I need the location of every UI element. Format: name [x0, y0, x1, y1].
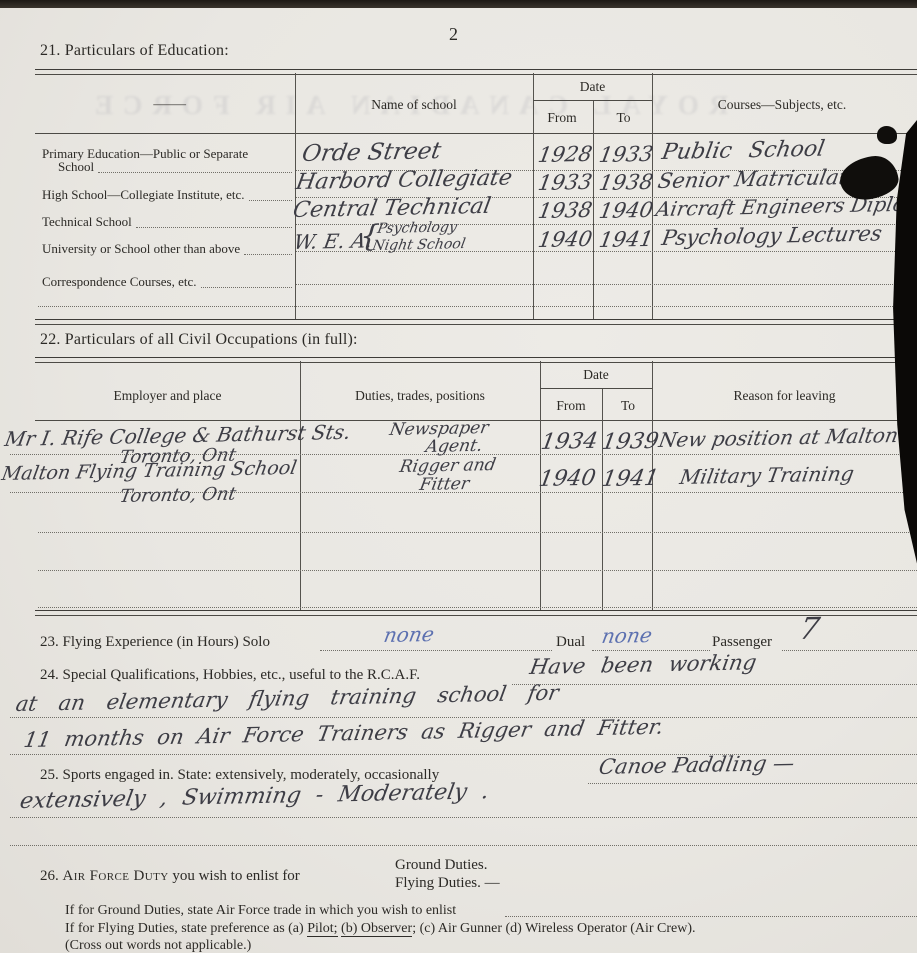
cross-out-note: (Cross out words not applicable.): [65, 937, 251, 953]
education-table-top-rule: [35, 69, 917, 75]
handwritten-school-highschool: Harbord Collegiate: [294, 166, 514, 195]
education-row-label-university: University or School other than above: [42, 241, 292, 257]
dual-label: Dual: [556, 634, 585, 651]
section-24-label: 24. Special Qualifications, Hobbies, etc…: [40, 667, 420, 684]
education-col-header-to: To: [595, 110, 652, 126]
occupations-col-header-duties: Duties, trades, positions: [300, 388, 540, 404]
dotted-leader: [249, 189, 292, 201]
education-table-bottom-rule: [35, 319, 917, 325]
air-force-duty-smallcaps: Air Force Duty: [63, 868, 169, 884]
handwritten-sports-line2: extensively , Swimming - Moderately .: [18, 779, 491, 814]
handwritten-school-primary: Orde Street: [300, 138, 443, 167]
occupations-table-top-rule: [35, 357, 917, 363]
handwritten-courses-4: Psychology Lectures: [660, 221, 884, 250]
section-21-title: 21. Particulars of Education:: [40, 42, 229, 60]
handwritten-reason-2: Military Training: [678, 461, 856, 489]
handwritten-duties-1-line2: Agent.: [424, 436, 484, 457]
education-header-bottom-rule: [35, 133, 917, 134]
sports-answer-line1-dots: [588, 783, 917, 784]
choice-pilot-underlined: Pilot;: [307, 921, 337, 937]
dotted-leader: [244, 243, 292, 255]
handwritten-occ-to-2: 1941: [600, 466, 655, 492]
sports-answer-line2-dots: [10, 817, 917, 818]
occupations-blank-row3-dotted-line: [38, 607, 917, 608]
education-col-header-blank: —: [120, 96, 220, 112]
education-blank-row-dotted-line: [38, 306, 917, 307]
page-number: 2: [449, 24, 458, 45]
handwritten-date-to-2: 1938: [597, 170, 655, 195]
handwritten-occ-from-1: 1934: [537, 429, 602, 455]
education-row5-dotted-line: [296, 284, 917, 285]
flying-instruction-suffix: ; (c) Air Gunner (d) Wireless Operator (…: [412, 921, 695, 936]
handwritten-employer-2-line2: Toronto, Ont: [118, 484, 238, 507]
occupations-col-header-from: From: [540, 398, 602, 414]
section-23-label: 23. Flying Experience (in Hours) Solo: [40, 634, 270, 652]
handwritten-solo-value: none: [382, 622, 436, 647]
flying-duties-option: Flying Duties. —: [395, 875, 500, 892]
occupations-col-header-reason: Reason for leaving: [652, 388, 917, 404]
handwritten-date-from-1: 1928: [535, 142, 595, 167]
section-26-rest: you wish to enlist for: [172, 868, 300, 884]
qualifications-answer-line1-dots: [512, 684, 917, 685]
occupations-col-header-to: To: [604, 398, 652, 414]
education-row-label-highschool: High School—Collegiate Institute, etc.: [42, 187, 292, 203]
education-row-label-primary-line2: School: [58, 159, 292, 175]
education-col-header-school: Name of school: [295, 97, 533, 113]
handwritten-university-note1: Psychology: [376, 219, 458, 237]
ink-blot-small: [877, 126, 897, 144]
handwritten-qualifications-line1: Have been working: [528, 650, 758, 679]
occupations-date-underline: [540, 388, 652, 389]
handwritten-employer-2-line1: Malton Flying Training School: [0, 457, 298, 485]
occupations-blank-row1-dotted-line: [38, 532, 917, 533]
separator-dotted-line: [10, 845, 917, 846]
education-col-header-date: Date: [533, 79, 652, 95]
education-col-header-from: From: [533, 110, 591, 126]
qualifications-answer-line2-dots: [10, 717, 917, 718]
ground-duties-option: Ground Duties.: [395, 857, 488, 874]
handwritten-duties-2-line2: Fitter: [418, 474, 471, 495]
handwritten-sports-line1: Canoe Paddling —: [597, 751, 796, 779]
handwritten-date-to-3: 1940: [597, 198, 655, 223]
passenger-label: Passenger: [712, 634, 772, 651]
scanned-form-page: ROYAL CANADIAN AIR FORCE 2 21. Particula…: [0, 0, 917, 953]
occupations-col-header-employer: Employer and place: [35, 388, 300, 404]
education-row-label-technical: Technical School: [42, 214, 292, 230]
handwritten-date-to-4: 1941: [597, 227, 655, 252]
handwritten-date-from-2: 1933: [535, 170, 595, 195]
education-col-header-courses: Courses—Subjects, etc.: [652, 97, 912, 113]
solo-answer-line: [320, 650, 552, 651]
handwritten-dual-value: none: [600, 623, 654, 648]
section-26-number: 26.: [40, 868, 59, 884]
section-22-title: 22. Particulars of all Civil Occupations…: [40, 331, 358, 349]
ground-duties-instruction: If for Ground Duties, state Air Force tr…: [65, 902, 456, 920]
ground-duties-answer-dots: [505, 916, 917, 917]
occupations-blank-row2-dotted-line: [38, 570, 917, 571]
handwritten-date-from-3: 1938: [535, 198, 595, 223]
handwritten-occ-to-1: 1939: [600, 429, 655, 455]
handwritten-school-technical: Central Technical: [291, 194, 493, 223]
handwritten-date-to-1: 1933: [597, 142, 655, 167]
dotted-leader: [136, 216, 292, 228]
handwritten-courses-1: Public School: [660, 137, 826, 165]
education-date-underline: [533, 100, 652, 101]
occupations-col-header-date: Date: [540, 367, 652, 383]
dotted-leader: [98, 161, 292, 173]
occupations-table-bottom-rule: [35, 610, 917, 616]
scan-top-edge: [0, 0, 917, 8]
handwritten-passenger-value: 7: [797, 612, 822, 647]
choice-observer-underlined: (b) Observer: [341, 921, 412, 937]
handwritten-date-from-4: 1940: [535, 227, 595, 252]
handwritten-occ-from-2: 1940: [535, 466, 600, 492]
handwritten-qualifications-line2: at an elementary flying training school …: [14, 681, 561, 716]
flying-duties-instruction: If for Flying Duties, state preference a…: [65, 920, 696, 938]
occupations-divider-from-to: [602, 388, 603, 610]
education-row-label-correspondence: Correspondence Courses, etc.: [42, 274, 292, 290]
section-26-label: 26. Air Force Duty you wish to enlist fo…: [40, 868, 300, 885]
passenger-answer-line: [782, 650, 917, 651]
flying-instruction-prefix: If for Flying Duties, state preference a…: [65, 921, 307, 936]
handwritten-university-note2: Night School: [371, 236, 467, 254]
handwritten-qualifications-line3: 11 months on Air Force Trainers as Rigge…: [22, 715, 665, 752]
handwritten-reason-1: New position at Malton: [657, 423, 900, 452]
dotted-leader: [201, 276, 292, 288]
